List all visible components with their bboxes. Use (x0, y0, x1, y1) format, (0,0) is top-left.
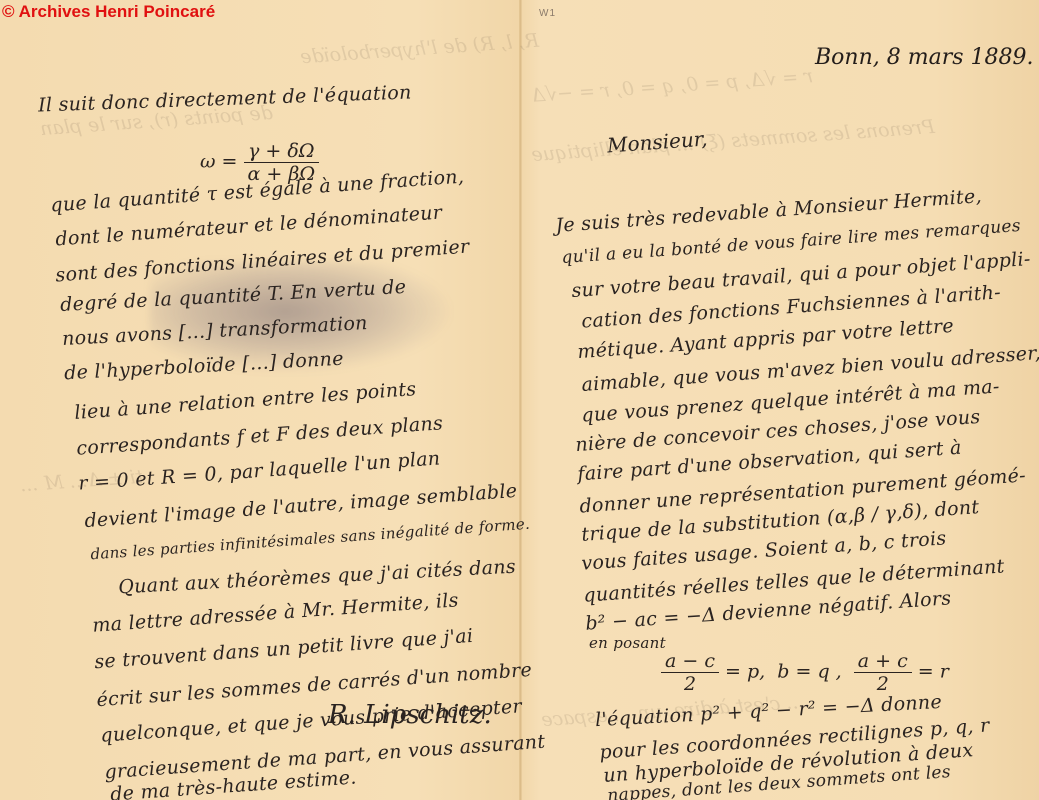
left-page: R, l, R) de l'hyperboloïde de points (r)… (0, 0, 520, 800)
formula-text: = r (918, 661, 949, 683)
text-line: en posant (589, 634, 666, 652)
bleed-through-text: Prenons les sommets (ξ) ... plan ellipti… (531, 116, 936, 166)
formula-text: b = q , (777, 661, 841, 683)
fraction-r: a + c 2 (854, 650, 912, 695)
letter-scan: © Archives Henri Poincaré W1 R, l, R) de… (0, 0, 1039, 800)
fraction-numerator: a + c (854, 650, 912, 673)
signature: R. Lipschitz. (328, 700, 492, 730)
formula-numerator: γ + δΩ (244, 140, 320, 163)
fraction-numerator: a − c (661, 650, 719, 673)
formula-text: = p, (725, 661, 765, 683)
bleed-through-text: R, l, R) de l'hyperboloïde (300, 30, 540, 69)
formula-substitution: a − c 2 = p, b = q , a + c 2 = r (661, 650, 949, 695)
fraction-denominator: 2 (661, 673, 719, 695)
formula-lhs: ω = (200, 151, 237, 173)
right-page: r = √Δ, p = 0, q = 0, r = −√Δ Prenons le… (521, 0, 1039, 800)
bleed-through-text: r = √Δ, p = 0, q = 0, r = −√Δ (531, 65, 814, 107)
letter-date: Bonn, 8 mars 1889. (815, 45, 1034, 70)
fraction-p: a − c 2 (661, 650, 719, 695)
fraction-denominator: 2 (854, 673, 912, 695)
